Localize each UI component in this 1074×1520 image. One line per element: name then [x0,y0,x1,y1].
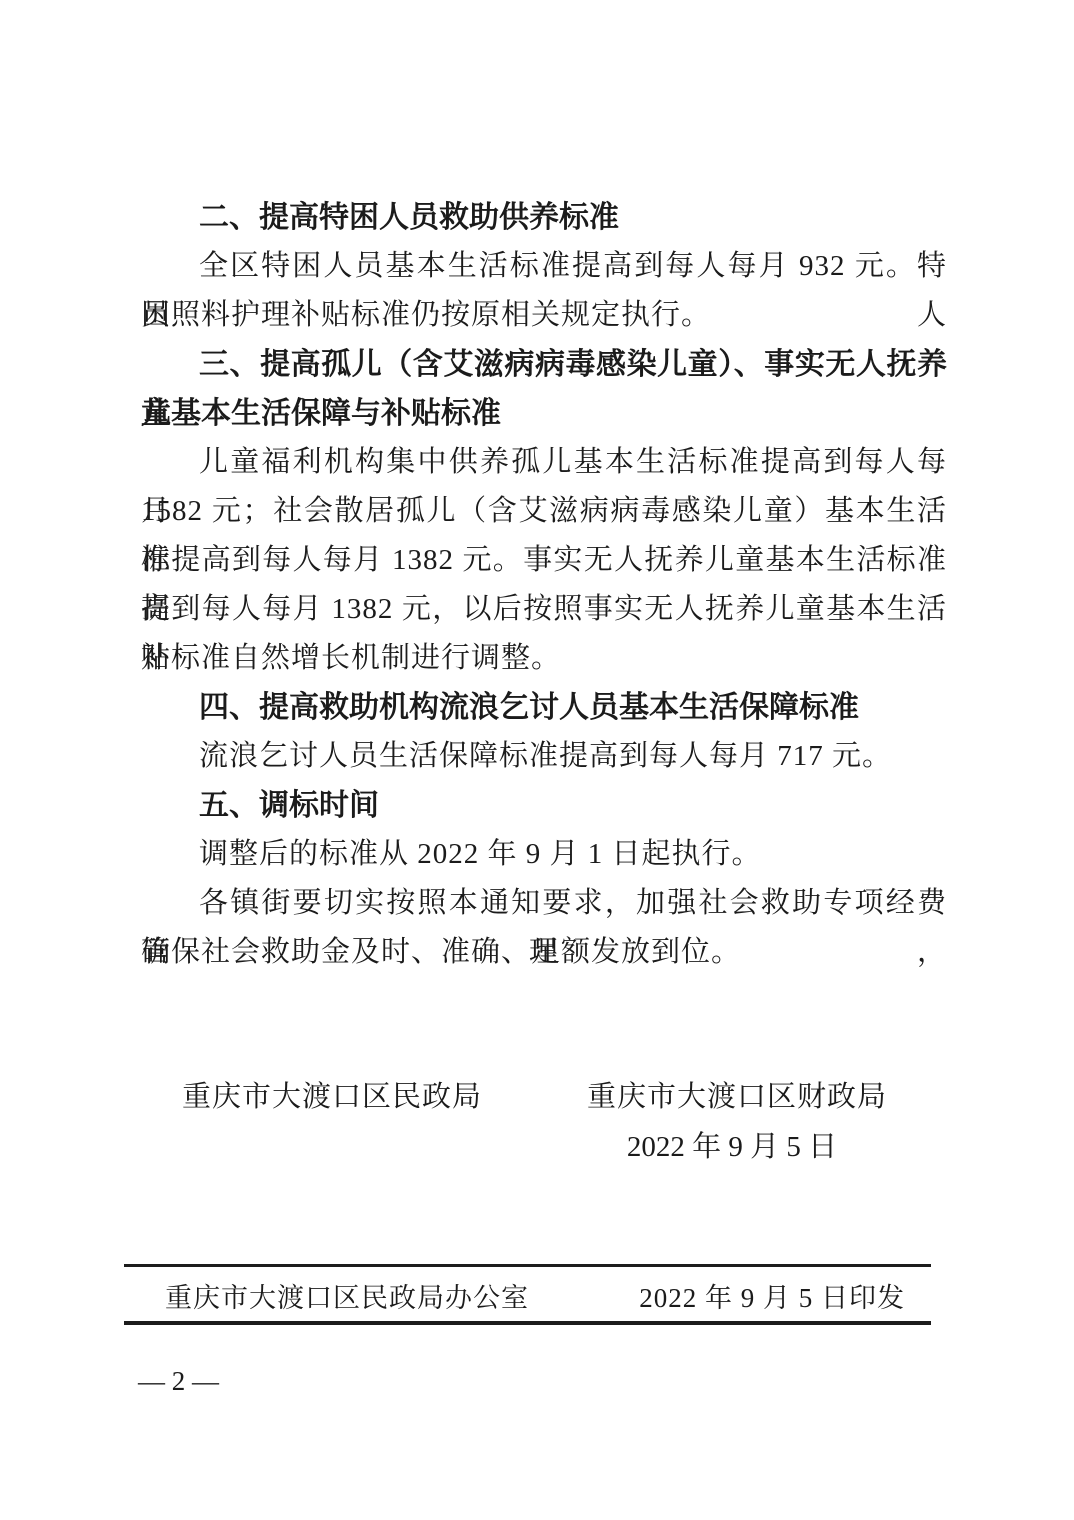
signature-right-org: 重庆市大渡口区财政局 [587,1073,887,1122]
document-text-line: 流浪乞讨人员生活保障标准提高到每人每月 717 元。 [141,732,947,781]
document-heading-line: 五、调标时间 [141,781,947,830]
colophon-row: 重庆市大渡口区民政局办公室 2022 年 9 月 5 日印发 [141,1274,947,1323]
document-text-line: 贴标准自然增长机制进行调整。 [141,634,947,683]
document-text-line: 高到每人每月 1382 元，以后按照事实无人抚养儿童基本生活补 [141,585,947,634]
colophon-print-date: 2022 年 9 月 5 日印发 [639,1274,905,1323]
colophon-top-rule [124,1264,931,1267]
document-text-line: 儿童福利机构集中供养孤儿基本生活标准提高到每人每月 [141,438,947,487]
document-text-line: 各镇街要切实按照本通知要求，加强社会救助专项经费管理， [141,879,947,928]
signature-left-org: 重庆市大渡口区民政局 [182,1073,482,1122]
document-heading-line: 二、提高特困人员救助供养标准 [141,193,947,242]
document-text-line: 调整后的标准从 2022 年 9 月 1 日起执行。 [141,830,947,879]
document-heading-line: 三、提高孤儿（含艾滋病病毒感染儿童）、事实无人抚养儿 [141,340,947,389]
document-heading-line: 四、提高救助机构流浪乞讨人员基本生活保障标准 [141,683,947,732]
document-body: 二、提高特困人员救助供养标准全区特困人员基本生活标准提高到每人每月 932 元。… [141,193,947,977]
document-heading-line: 童基本生活保障与补贴标准 [141,389,947,438]
signature-date: 2022 年 9 月 5 日 [587,1123,877,1172]
document-text-line: 准提高到每人每月 1382 元。事实无人抚养儿童基本生活标准提 [141,536,947,585]
document-text-line: 1582 元；社会散居孤儿（含艾滋病病毒感染儿童）基本生活标 [141,487,947,536]
document-page: 二、提高特困人员救助供养标准全区特困人员基本生活标准提高到每人每月 932 元。… [0,0,1074,1520]
page-number: — 2 — [138,1357,219,1406]
colophon-office: 重庆市大渡口区民政局办公室 [165,1274,529,1323]
document-text-line: 全区特困人员基本生活标准提高到每人每月 932 元。特困人 [141,242,947,291]
colophon-bottom-rule [124,1321,931,1325]
